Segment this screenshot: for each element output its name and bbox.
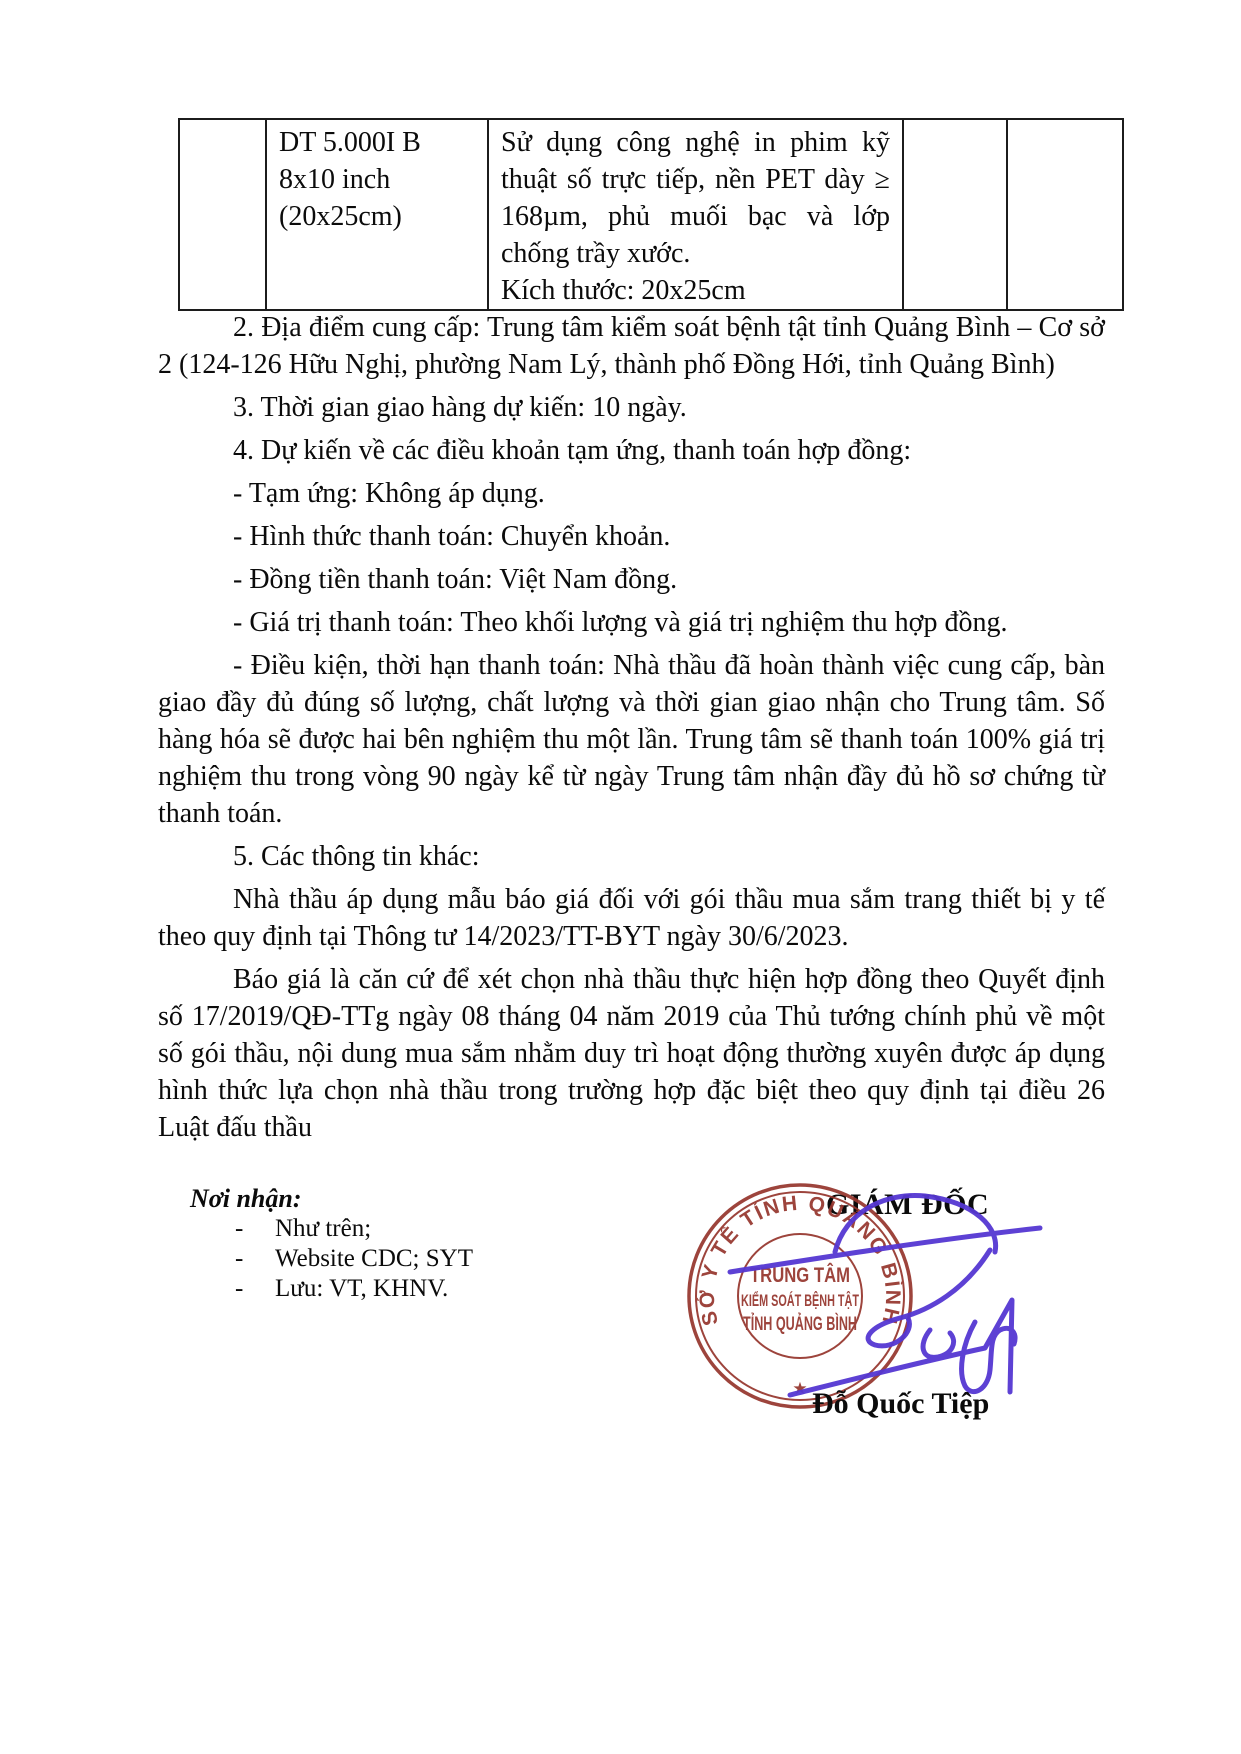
model-line-3: (20x25cm) [279, 198, 475, 235]
recipient-label: Website CDC; SYT [275, 1244, 473, 1274]
paragraph-delivery-time: 3. Thời gian giao hàng dự kiến: 10 ngày. [158, 389, 1105, 426]
handwritten-signature [700, 1130, 1060, 1410]
bullet-dash: - [235, 1274, 275, 1304]
recipient-item: - Lưu: VT, KHNV. [235, 1274, 578, 1304]
paragraph-decision-reference: Báo giá là căn cứ để xét chọn nhà thầu t… [158, 961, 1105, 1146]
cell-model: DT 5.000I B 8x10 inch (20x25cm) [266, 119, 488, 310]
model-line-2: 8x10 inch [279, 161, 475, 198]
bullet-advance: - Tạm ứng: Không áp dụng. [158, 475, 1105, 512]
bullet-payment-method: - Hình thức thanh toán: Chuyển khoản. [158, 518, 1105, 555]
recipient-item: - Như trên; [235, 1214, 578, 1244]
recipients-block: Nơi nhận: - Như trên; - Website CDC; SYT… [158, 1184, 578, 1304]
cell-price-empty [1007, 119, 1123, 310]
bullet-payment-value: - Giá trị thanh toán: Theo khối lượng và… [158, 604, 1105, 641]
signature-stroke [790, 1300, 1012, 1395]
model-line-1: DT 5.000I B [279, 124, 475, 161]
bullet-dash: - [235, 1244, 275, 1274]
bullet-currency: - Đồng tiền thanh toán: Việt Nam đồng. [158, 561, 1105, 598]
paragraph-other-info-heading: 5. Các thông tin khác: [158, 838, 1105, 875]
bullet-payment-conditions: - Điều kiện, thời hạn thanh toán: Nhà th… [158, 647, 1105, 832]
product-spec-table: DT 5.000I B 8x10 inch (20x25cm) Sử dụng … [178, 118, 1124, 311]
recipient-label: Lưu: VT, KHNV. [275, 1274, 448, 1304]
recipients-title: Nơi nhận: [190, 1184, 578, 1214]
document-page: DT 5.000I B 8x10 inch (20x25cm) Sử dụng … [0, 0, 1241, 1754]
bullet-dash: - [235, 1214, 275, 1244]
recipient-item: - Website CDC; SYT [235, 1244, 578, 1274]
document-body: 2. Địa điểm cung cấp: Trung tâm kiểm soá… [158, 303, 1105, 1146]
signer-name: Đỗ Quốc Tiệp [812, 1387, 989, 1421]
description-text: Sử dụng công nghệ in phim kỹ thuật số tr… [501, 124, 890, 272]
paragraph-circular-reference: Nhà thầu áp dụng mẫu báo giá đối với gói… [158, 881, 1105, 955]
cell-qty-empty [903, 119, 1007, 310]
paragraph-payment-terms-heading: 4. Dự kiến về các điều khoản tạm ứng, th… [158, 432, 1105, 469]
table-row: DT 5.000I B 8x10 inch (20x25cm) Sử dụng … [179, 119, 1123, 310]
cell-description: Sử dụng công nghệ in phim kỹ thuật số tr… [488, 119, 903, 310]
paragraph-delivery-location: 2. Địa điểm cung cấp: Trung tâm kiểm soá… [158, 309, 1105, 383]
cell-index-empty [179, 119, 266, 310]
recipient-label: Như trên; [275, 1214, 371, 1244]
